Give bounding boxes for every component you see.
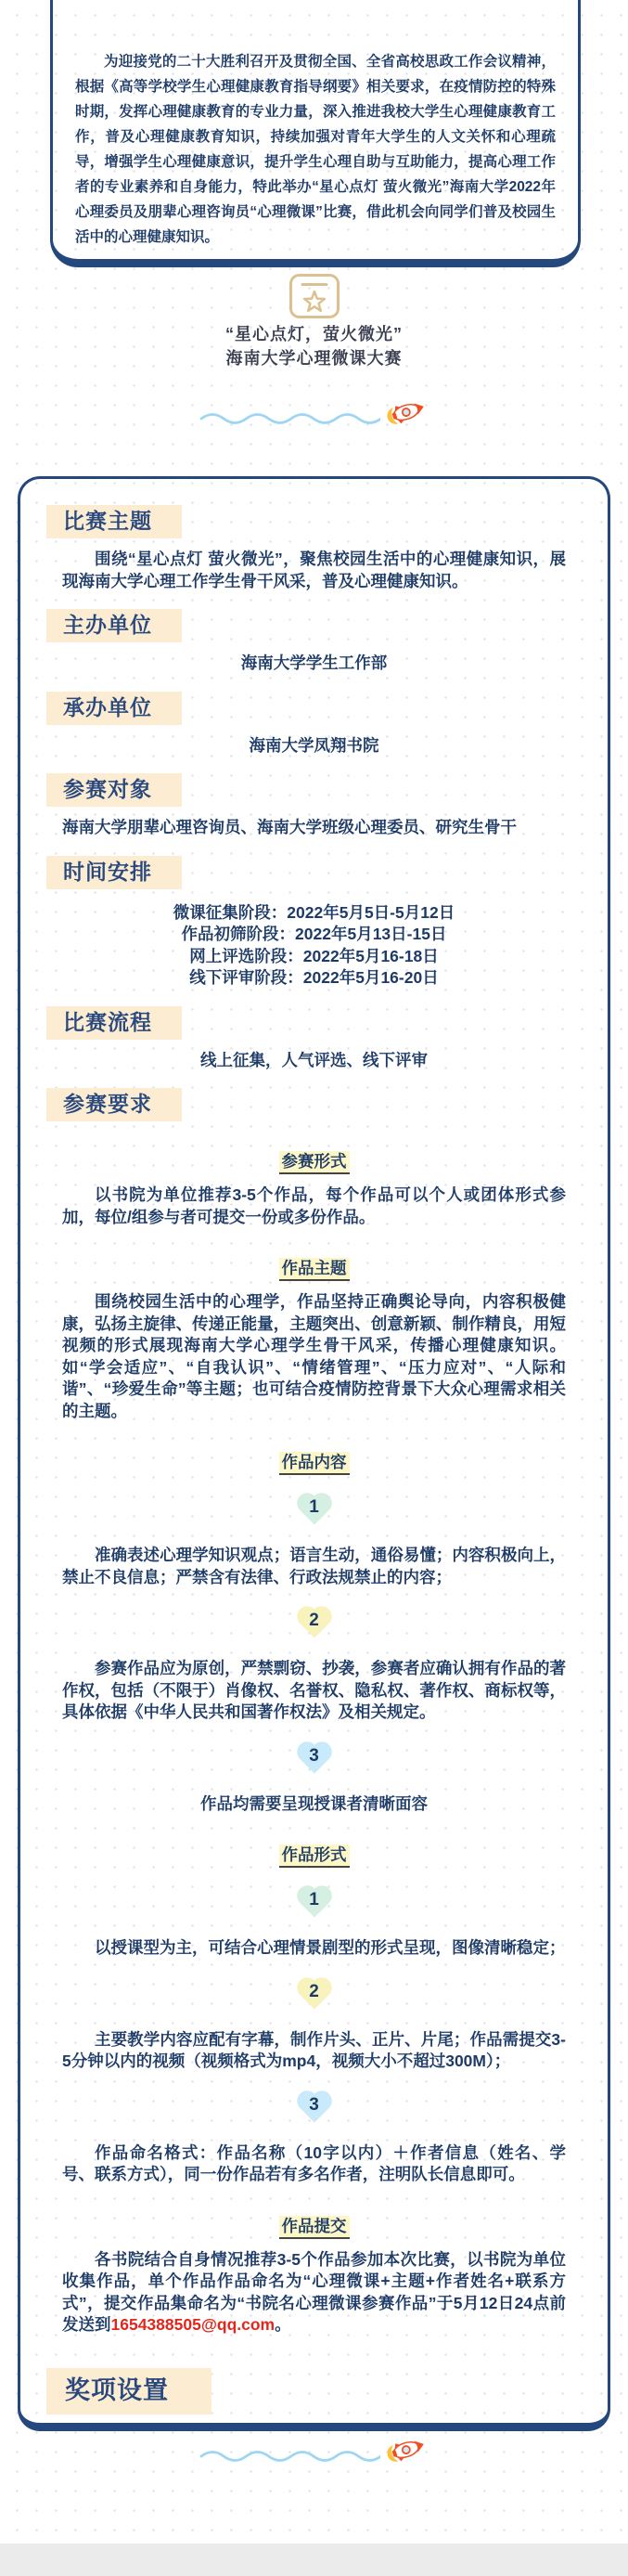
section-body-organizer: 海南大学凤翔书院 [62,735,566,757]
number-badge-heart: 1 [293,1492,336,1534]
number-badge-heart: 2 [293,1605,336,1648]
section-body-theme: 围绕“星心点灯 萤火微光”，聚焦校园生活中的心理健康知识，展现海南大学心理工作学… [62,549,566,592]
wave-line-icon [199,408,380,425]
work-topic-body: 围绕校园生活中的心理学，作品坚持正确舆论导向，内容积极健康，弘扬主旋律、传递正能… [62,1291,566,1422]
banner-title-line2: 海南大学心理微课大赛 [0,346,628,370]
section-title-host: 主办单位 [46,609,182,642]
intro-box: 为迎接党的二十大胜利召开及贯彻全国、全省高校思政工作会议精神，根据《高等学校学生… [50,0,581,267]
section-title-organizer: 承办单位 [46,692,182,725]
subheader-work-format: 作品形式 [279,1845,350,1868]
star-certificate-icon [288,273,340,319]
work-format-item: 作品命名格式：作品名称（10字以内）＋作者信息（姓名、学号、联系方式），同一份作… [62,2142,566,2186]
number-badge-heart: 3 [293,2090,336,2132]
section-title-process: 比赛流程 [46,1006,182,1040]
schedule-line: 作品初筛阶段：2022年5月13日-15日 [62,924,566,946]
intro-paragraph: 为迎接党的二十大胜利召开及贯彻全国、全省高校思政工作会议精神，根据《高等学校学生… [75,49,556,250]
work-content-item: 作品均需要呈现授课者清晰面容 [62,1793,566,1816]
number-badge-heart: 2 [293,1976,336,2019]
number-badge-heart: 3 [293,1741,336,1783]
banner: “星心点灯，萤火微光” 海南大学心理微课大赛 [0,273,628,441]
poster-page: 为迎接党的二十大胜利召开及贯彻全国、全省高校思政工作会议精神，根据《高等学校学生… [0,0,628,2576]
wave-divider-bottom [0,2430,628,2479]
badge-number: 3 [293,2095,336,2116]
wave-line-icon [199,2446,380,2463]
section-title-schedule: 时间安排 [46,856,182,889]
section-body-process: 线上征集，人气评选、线下评审 [62,1050,566,1072]
badge-number: 2 [293,1982,336,2002]
schedule-line: 微课征集阶段：2022年5月5日-5月12日 [62,902,566,925]
section-title-requirements: 参赛要求 [46,1088,182,1121]
submission-email: 1654388505@qq.com [111,2315,276,2334]
main-box: 比赛主题 围绕“星心点灯 萤火微光”，聚焦校园生活中的心理健康知识，展现海南大学… [18,476,610,2431]
schedule-line: 线下评审阶段：2022年5月16-20日 [62,967,566,990]
subheader-entry-form: 参赛形式 [279,1151,350,1174]
entry-form-body: 以书院为单位推荐3-5个作品，每个作品可以个人或团体形式参加，每位/组参与者可提… [62,1184,566,1228]
wave-divider-top [0,393,628,441]
rocket-icon [377,387,430,439]
subheader-work-submission: 作品提交 [279,2216,350,2239]
work-content-item: 参赛作品应为原创，严禁剽窃、抄袭，参赛者应确认拥有作品的著作权，包括（不限于）肖… [62,1658,566,1724]
work-submission-body: 各书院结合自身情况推荐3-5个作品参加本次比赛，以书院为单位收集作品，单个作品作… [62,2249,566,2337]
work-format-item: 主要教学内容应配有字幕，制作片头、正片、片尾；作品需提交3-5分钟以内的视频（视… [62,2029,566,2073]
section-body-host: 海南大学学生工作部 [62,653,566,675]
subheader-work-topic: 作品主题 [279,1258,350,1281]
schedule-line: 网上评选阶段：2022年5月16-18日 [62,946,566,968]
badge-number: 1 [293,1497,336,1518]
work-content-item: 准确表述心理学知识观点；语言生动，通俗易懂；内容积极向上，禁止不良信息；严禁含有… [62,1545,566,1588]
section-title-awards: 奖项设置 [46,2368,211,2414]
section-title-theme: 比赛主题 [46,505,182,538]
section-title-participants: 参赛对象 [46,773,182,807]
rocket-icon [377,2425,430,2477]
footer-bar [0,2544,628,2576]
badge-number: 1 [293,1890,336,1910]
badge-number: 3 [293,1746,336,1767]
submission-text-after: 。 [275,2315,291,2334]
subheader-work-content: 作品内容 [279,1452,350,1475]
work-format-item: 以授课型为主，可结合心理情景剧型的形式呈现，图像清晰稳定； [62,1937,566,1960]
number-badge-heart: 1 [293,1884,336,1927]
badge-number: 2 [293,1611,336,1631]
section-body-participants: 海南大学朋辈心理咨询员、海南大学班级心理委员、研究生骨干 [62,817,566,839]
banner-title-line1: “星心点灯，萤火微光” [0,322,628,346]
